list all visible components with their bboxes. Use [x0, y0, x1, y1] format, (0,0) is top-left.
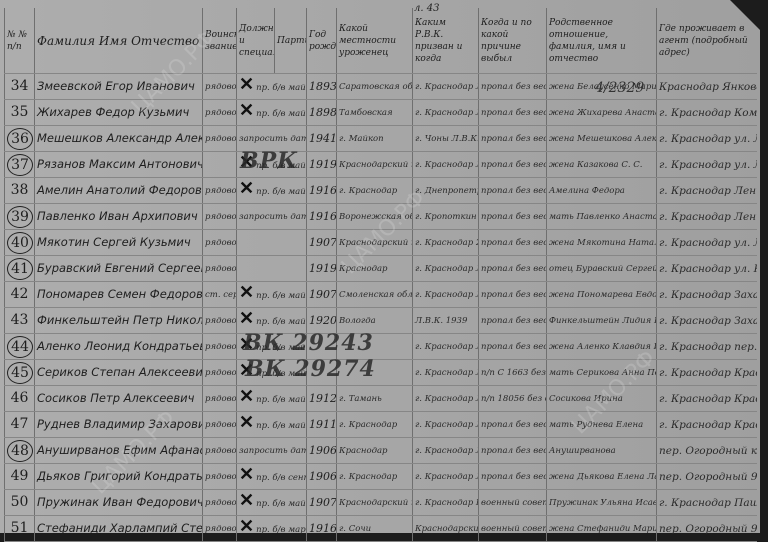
table-row: 38Амелин Анатолий Федоровичрядовой✕пр. б… [5, 178, 757, 204]
row-number: 46 [11, 390, 29, 406]
drafted-by: г. Краснодар Л.В.К. август 1941 [413, 438, 479, 464]
birth-year: 1898 [307, 100, 337, 126]
soldier-name: Амелин Анатолий Федорович [35, 178, 203, 204]
relative: жена Дьякова Елена Ларионовна [547, 464, 657, 490]
soldier-name: Змеевской Егор Иванович [35, 74, 203, 100]
rank: рядовой [203, 74, 237, 100]
fate-note: запросить дату прекращения связи [237, 204, 307, 230]
soldier-name: Буравский Евгений Сергеевич [35, 256, 203, 282]
when-left: пропал без вести с июня 1942 [479, 308, 547, 334]
soldier-name: Пономарев Семен Федорович [35, 282, 203, 308]
row-number: 43 [11, 312, 29, 328]
when-left: военный совет п/п 319 7 января 1941 [479, 490, 547, 516]
table-row: 37Рязанов Максим Антонович✕пр. б/в май 4… [5, 152, 757, 178]
when-left: пропал без вести с 1943 не имеется [479, 100, 547, 126]
cross-mark-icon: ✕ [239, 490, 254, 511]
soldier-name: Мякотин Сергей Кузьмич [35, 230, 203, 256]
relative: Пружинак Ульяна Исаевна [547, 490, 657, 516]
soldier-name: Финкельштейн Петр Николаевич [35, 308, 203, 334]
cross-mark-icon: ✕ [239, 386, 254, 407]
when-left: пропал без вести с/з не имеется [479, 126, 547, 152]
row-number: 47 [11, 416, 29, 432]
row-number-cell: 46 [5, 386, 35, 412]
relative: отец Буравский Сергей Степанович [547, 256, 657, 282]
birthplace: Краснодар [337, 256, 413, 282]
soldier-name: Мешешков Александр Александрович [35, 126, 203, 152]
rank: рядовой [203, 360, 237, 386]
row-number: 49 [11, 468, 29, 484]
table-row: 36Мешешков Александр Александровичрядово… [5, 126, 757, 152]
fate-text: пр. б/в май 43 [256, 499, 306, 509]
rank: ст. сер. [203, 282, 237, 308]
cross-mark-icon: ✕ [239, 178, 254, 199]
table-row: 43Финкельштейн Петр Николаевичрядовой✕пр… [5, 308, 757, 334]
drafted-by: г. Краснодар Л.В.К. 1941 [413, 412, 479, 438]
soldier-name: Руднев Владимир Захарович [35, 412, 203, 438]
row-number-cell: 49 [5, 464, 35, 490]
home-address: г. Краснодар пер. Торговый 40 [657, 334, 757, 360]
when-left: пропал без вести 1943 [479, 178, 547, 204]
birthplace: Краснодар [337, 438, 413, 464]
birthplace: Воронежская обл. Новохоперск [337, 204, 413, 230]
home-address: г. Краснодар Красноармейская 12 [657, 386, 757, 412]
soldier-name: Жихарев Федор Кузьмич [35, 100, 203, 126]
home-address: г. Краснодар Комсомольская 46 [657, 100, 757, 126]
fate-text: пр. б/в май 43 [256, 109, 306, 119]
birth-year: 1916 [307, 516, 337, 540]
table-row: 39Павленко Иван Архиповичрядовойзапросит… [5, 204, 757, 230]
relative: Сосикова Ирина [547, 386, 657, 412]
fate-text: пр. б/в май 43 [256, 83, 306, 93]
home-address: г. Краснодар ул. Ленина 30 [657, 126, 757, 152]
row-number-cell: 34 [5, 74, 35, 100]
table-row: 40Мякотин Сергей Кузьмичрядовой1907Красн… [5, 230, 757, 256]
header-row: № № п/п Фамилия Имя Отчество Воинское зв… [5, 8, 757, 74]
drafted-by: г. Краснодар Л.В.К. 1939 [413, 256, 479, 282]
relative: Финкельштейн Лидия Евгеньевна [547, 308, 657, 334]
drafted-by: г. Днепропетровск Л.В.К. 1941 [413, 178, 479, 204]
header-rank: Воинское звание [203, 8, 237, 74]
birth-year: 1911 [307, 412, 337, 438]
header-name: Фамилия Имя Отчество [35, 8, 203, 74]
fate-note: ✕пр. б/в май 43 [237, 74, 307, 100]
fate-text: запросить дату прекращения связи [239, 134, 307, 144]
drafted-by: г. Краснодар Л.В.К. 1941 [413, 464, 479, 490]
drafted-by: г. Краснодар 22/6 1941 Л.В.К. [413, 230, 479, 256]
when-left: пропал без вести п/п 54252 июня 1944 [479, 464, 547, 490]
header-address: Где проживает в агент (подробный адрес) [657, 8, 757, 74]
header-relative: Родственное отношение, фамилия, имя и от… [547, 8, 657, 74]
drafted-by: г. Краснодар Л.В.К. [413, 386, 479, 412]
soldier-name: Рязанов Максим Антонович [35, 152, 203, 178]
table-row: 49Дьяков Григорий Кондратьевичрядовой✕пр… [5, 464, 757, 490]
birthplace: Саратовская обл. с. Вершинка [337, 74, 413, 100]
cross-mark-icon: ✕ [239, 74, 254, 95]
rank: рядовой [203, 126, 237, 152]
birthplace: г. Краснодар [337, 178, 413, 204]
relative: Ануширванова [547, 438, 657, 464]
birth-year: 1916 [307, 178, 337, 204]
stamp-vrk: ВРК [240, 148, 298, 174]
birth-year: 1893 [307, 74, 337, 100]
home-address: пер. Огородный 9 [657, 516, 757, 540]
when-left: п/п 18056 без вести 1942 [479, 386, 547, 412]
fate-text: пр. б/в май 43 [256, 187, 306, 197]
fate-note: ✕пр. б/в март 45 [237, 516, 307, 540]
when-left: военный совет Карельского фронта 8/III 1… [479, 516, 547, 540]
soldier-name: Павленко Иван Архипович [35, 204, 203, 230]
cross-mark-icon: ✕ [239, 100, 254, 121]
row-number-cell: 36 [5, 126, 35, 152]
home-address: г. Краснодар ул. Ленина 19 кв. 14 [657, 230, 757, 256]
drafted-by: г. Краснодар Л.В.К. 1942 г. [413, 74, 479, 100]
rank: рядовой [203, 230, 237, 256]
birthplace: г. Краснодар [337, 464, 413, 490]
soldier-name: Стефаниди Харлампий Степанович [35, 516, 203, 540]
drafted-by: г. Краснодар Л.В.К. [413, 360, 479, 386]
relative: жена Мякотина Наталья Степановна [547, 230, 657, 256]
table-row: 44Аленко Леонид Кондратьевичрядовой✕пр. … [5, 334, 757, 360]
header-position: Должность и специальность [237, 8, 275, 74]
home-address: г. Краснодар ул. Ленина 26 [657, 152, 757, 178]
drafted-by: г. Краснодар Л.В.К. 1943 [413, 334, 479, 360]
cross-mark-icon: ✕ [239, 282, 254, 303]
soldier-name: Сосиков Петр Алексеевич [35, 386, 203, 412]
birthplace: Смоленская обл. [337, 282, 413, 308]
table-row: 35Жихарев Федор Кузьмичрядовой✕пр. б/в м… [5, 100, 757, 126]
birth-year: 1912 [307, 386, 337, 412]
fate-note: ✕пр. б/в май 43 [237, 490, 307, 516]
fate-note: ✕пр. б/в май 43 [237, 178, 307, 204]
birthplace: Краснодарский кр. ст. Суворовская [337, 490, 413, 516]
home-address: г. Краснодар Захарова 5 [657, 282, 757, 308]
table-row: 48Ануширванов Ефим Афанасьевичрядовойзап… [5, 438, 757, 464]
row-number: 44 [7, 336, 33, 358]
birthplace: г. Майкоп [337, 126, 413, 152]
rank: рядовой [203, 204, 237, 230]
birth-year: 1906 [307, 438, 337, 464]
fate-note: запросить дату прекращения связи [237, 438, 307, 464]
fate-text: запросить дату прекращения связи [239, 212, 307, 222]
birthplace: г. Тамань [337, 386, 413, 412]
fate-note: ✕пр. б/в май 43 [237, 282, 307, 308]
table-row: 42Пономарев Семен Федоровичст. сер.✕пр. … [5, 282, 757, 308]
row-number-cell: 37 [5, 152, 35, 178]
row-number: 45 [7, 362, 33, 384]
home-address: г. Краснодар Пашковская 38 [657, 490, 757, 516]
birth-year: 1941 [307, 126, 337, 152]
relative: Амелина Федора [547, 178, 657, 204]
when-left: пропал без вести п/п 29274 [479, 334, 547, 360]
row-number: 48 [7, 440, 33, 462]
fate-note [237, 256, 307, 282]
row-number-cell: 35 [5, 100, 35, 126]
rank: рядовой [203, 438, 237, 464]
relative: жена Аленко Клавдия Ивановна [547, 334, 657, 360]
rank: рядовой [203, 178, 237, 204]
soldier-name: Аленко Леонид Кондратьевич [35, 334, 203, 360]
row-number: 37 [7, 154, 33, 176]
rank: рядовой [203, 308, 237, 334]
row-number: 36 [7, 128, 33, 150]
rank: рядовой [203, 334, 237, 360]
cross-mark-icon: ✕ [239, 412, 254, 433]
row-number: 40 [7, 232, 33, 254]
header-birth-year: Год рождения [307, 8, 337, 74]
fate-note: ✕пр. б/в май 43 [237, 100, 307, 126]
row-number: 50 [11, 494, 29, 510]
drafted-by: Л.В.К. 1939 [413, 308, 479, 334]
cross-mark-icon: ✕ [239, 308, 254, 329]
header-birthplace: Какой местности уроженец [337, 8, 413, 74]
relative: мать Серикова Анна Петровна [547, 360, 657, 386]
row-number-cell: 39 [5, 204, 35, 230]
rank: рядовой [203, 386, 237, 412]
header-drafted: Каким Р.В.К. призван и когда [413, 8, 479, 74]
drafted-by: г. Краснодар Л.В.К. 1941 [413, 152, 479, 178]
table-row: 51Стефаниди Харлампий Степановичрядовой✕… [5, 516, 757, 540]
row-number-cell: 51 [5, 516, 35, 540]
home-address: г. Краснодар Красноармейская 18 [657, 360, 757, 386]
fate-note: ✕пр. б/в май 43 [237, 412, 307, 438]
cross-mark-icon: ✕ [239, 464, 254, 485]
birthplace: г. Краснодар [337, 412, 413, 438]
row-number-cell: 48 [5, 438, 35, 464]
birth-year: 1919 [307, 152, 337, 178]
when-left: пропал без вести [479, 256, 547, 282]
soldier-name: Ануширванов Ефим Афанасьевич [35, 438, 203, 464]
table-row: 47Руднев Владимир Захаровичрядовой✕пр. б… [5, 412, 757, 438]
when-left: п/п С 1663 без вести [479, 360, 547, 386]
birthplace: Краснодарский кр. ст. Удобная [337, 152, 413, 178]
table-row: 41Буравский Евгений Сергеевичрядовой1919… [5, 256, 757, 282]
when-left: пропал без вести с 1943 неизвестно [479, 74, 547, 100]
table-row: 50Пружинак Иван Федоровичрядовой✕пр. б/в… [5, 490, 757, 516]
fate-text: пр. б/в сент. 44 [256, 473, 306, 483]
birthplace: г. Сочи [337, 516, 413, 540]
fate-text: пр. б/в май 43 [256, 317, 306, 327]
soldier-name: Пружинак Иван Федорович [35, 490, 203, 516]
header-when-left: Когда и по какой причине выбыл [479, 8, 547, 74]
table-row: 46Сосиков Петр Алексеевичрядовой✕пр. б/в… [5, 386, 757, 412]
drafted-by: Краснодарский 1941 [413, 516, 479, 540]
soldier-name: Дьяков Григорий Кондратьевич [35, 464, 203, 490]
when-left: пропал без вести [479, 230, 547, 256]
relative: жена Казакова С. С. [547, 152, 657, 178]
drafted-by: г. Краснодар Л.В.К. 26/6 41 [413, 282, 479, 308]
birthplace: Краснодарский кр. ст. Дядьковская [337, 230, 413, 256]
fate-text: запросить дату прекращения связи [239, 446, 307, 456]
row-number-cell: 44 [5, 334, 35, 360]
home-address: г. Краснодар Ленина 48 кв. 9 [657, 204, 757, 230]
register-rows: 34Змеевской Егор Ивановичрядовой✕пр. б/в… [5, 74, 757, 540]
drafted-by: г. Краснодар Пролетарский р.в.к. 1941 [413, 490, 479, 516]
row-number-cell: 45 [5, 360, 35, 386]
drafted-by: г. Краснодар Л.В.К. 1942 г. [413, 100, 479, 126]
when-left: пропал без вести [479, 204, 547, 230]
row-number-cell: 41 [5, 256, 35, 282]
when-left: пропал без вести [479, 438, 547, 464]
fate-text: пр. б/в май 43 [256, 421, 306, 431]
row-number-cell: 40 [5, 230, 35, 256]
birthplace: Тамбовская [337, 100, 413, 126]
rank: рядовой [203, 464, 237, 490]
when-left: пропал без вести август 1941 [479, 282, 547, 308]
row-number: 34 [11, 78, 29, 94]
home-address: Краснодар Янковского 22 [657, 74, 757, 100]
row-number-cell: 38 [5, 178, 35, 204]
fate-note: ✕пр. б/в май 43 [237, 386, 307, 412]
row-number: 42 [11, 286, 29, 302]
home-address: г. Краснодар Захарова 7 [657, 308, 757, 334]
row-number: 39 [7, 206, 33, 228]
drafted-by: г. Чоны Л.В.К. 1940 [413, 126, 479, 152]
rank: рядовой [203, 516, 237, 540]
fate-text: пр. б/в май 43 [256, 291, 306, 301]
row-number-cell: 42 [5, 282, 35, 308]
relative: жена Жихарева Анастасия Антоновна [547, 100, 657, 126]
home-address: г. Краснодар ул. Красноармейская 40 [657, 256, 757, 282]
when-left: пропал без вести 1943 [479, 152, 547, 178]
birth-year: 1906 [307, 464, 337, 490]
drafted-by: г. Кропоткин 1941 Л.В.К. [413, 204, 479, 230]
fate-text: пр. б/в март 45 [256, 525, 306, 535]
relative: мать Руднева Елена [547, 412, 657, 438]
when-left: пропал без вести 13 декабря 1941 [479, 412, 547, 438]
rank [203, 152, 237, 178]
row-number: 51 [11, 520, 29, 536]
birth-year: 1907 [307, 230, 337, 256]
row-number: 35 [11, 104, 29, 120]
stamp-vk-29243: ВК 29243 [243, 330, 374, 356]
relative: мать Павленко Анастасия Петровна [547, 204, 657, 230]
archive-number: 4/2329 [595, 80, 644, 96]
birth-year: 1916 [307, 204, 337, 230]
archive-sheet: л. 43 № № п/п Фамилия Имя Отчество Воинс… [0, 0, 760, 533]
relative: жена Стефаниди Мария Степановна [547, 516, 657, 540]
relative: жена Пономарева Евдокия Ильинична [547, 282, 657, 308]
home-address: пер. Огородный 90 [657, 464, 757, 490]
birth-year: 1907 [307, 282, 337, 308]
fate-note [237, 230, 307, 256]
fate-text: пр. б/в май 43 [256, 395, 306, 405]
rank: рядовой [203, 490, 237, 516]
soldier-name: Сериков Степан Алексеевич [35, 360, 203, 386]
relative: жена Мешешкова Александра [547, 126, 657, 152]
birth-year: 1907 [307, 490, 337, 516]
rank: рядовой [203, 100, 237, 126]
row-number-cell: 43 [5, 308, 35, 334]
birth-year: 1919 [307, 256, 337, 282]
row-number-cell: 47 [5, 412, 35, 438]
stamp-vk-29274: ВК 29274 [245, 356, 376, 382]
home-address: пер. Огородный кв. 5 [657, 438, 757, 464]
header-party: Партийность [275, 8, 307, 74]
cross-mark-icon: ✕ [239, 516, 254, 537]
rank: рядовой [203, 412, 237, 438]
row-number: 41 [7, 258, 33, 280]
row-number: 38 [11, 182, 29, 198]
row-number-cell: 50 [5, 490, 35, 516]
home-address: г. Краснодар Красноармейская 40 [657, 412, 757, 438]
rank: рядовой [203, 256, 237, 282]
header-num: № № п/п [5, 8, 35, 74]
home-address: г. Краснодар Ленина 26 кв. 21 [657, 178, 757, 204]
fate-note: ✕пр. б/в сент. 44 [237, 464, 307, 490]
table-row: 45Сериков Степан Алексеевичрядовой✕пр. б… [5, 360, 757, 386]
